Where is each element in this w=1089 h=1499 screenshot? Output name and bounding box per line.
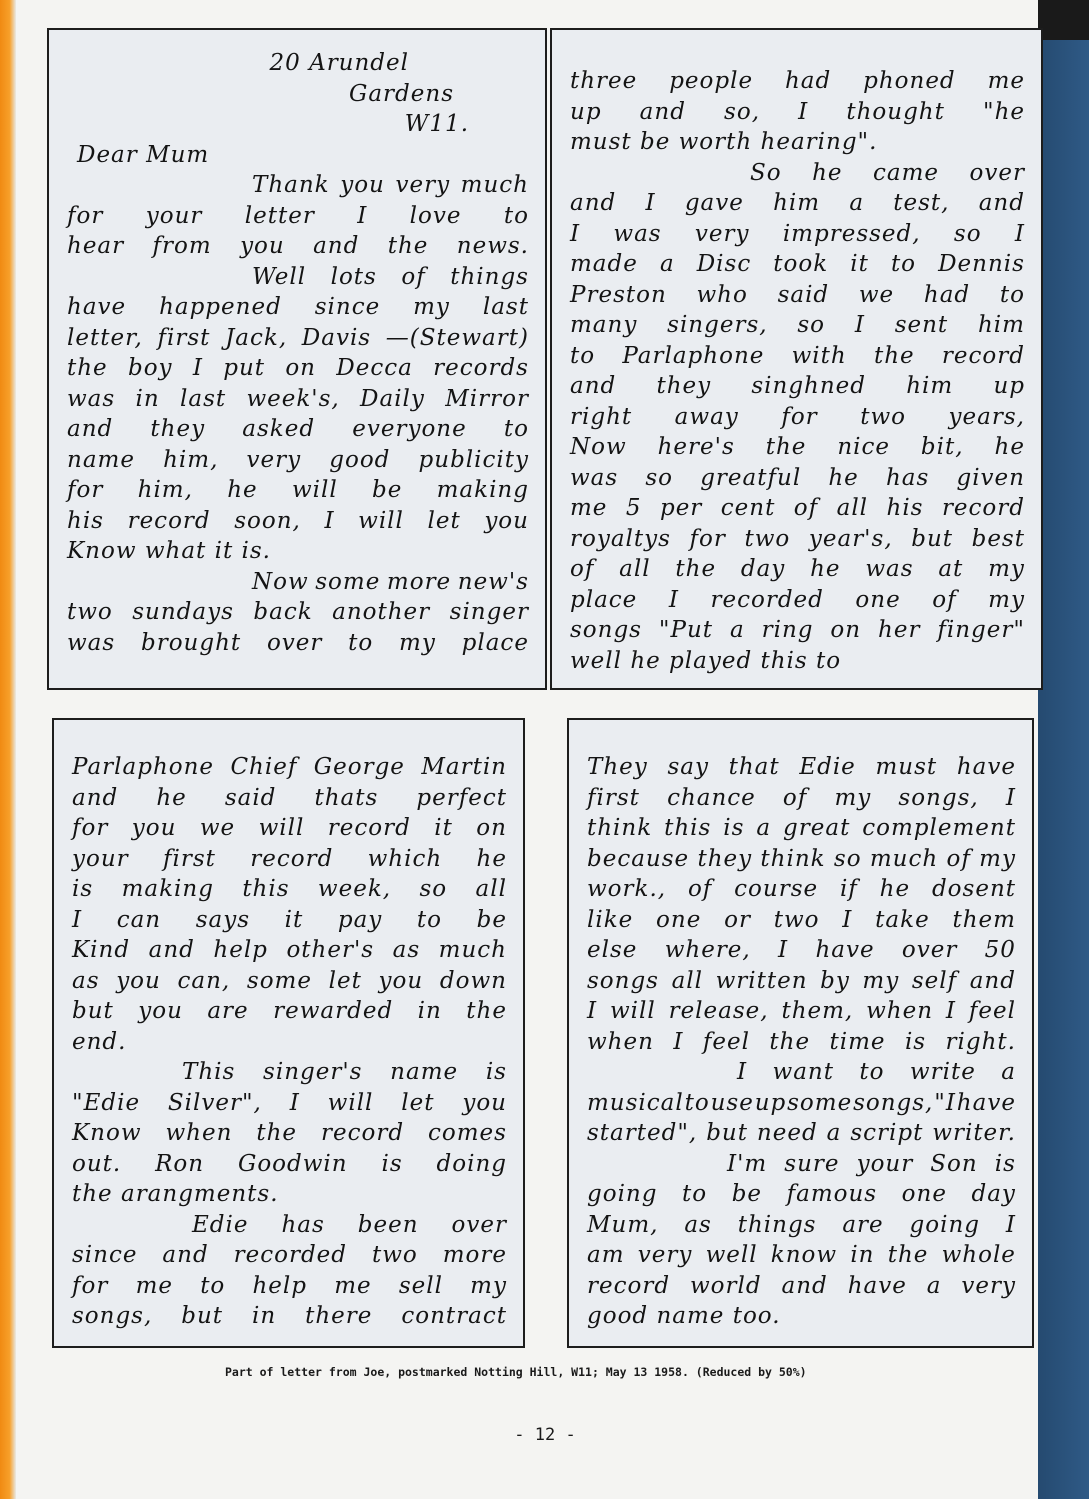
handwritten-word: another: [332, 597, 430, 628]
background-surface: [1038, 40, 1089, 1499]
handwritten-word: to: [504, 201, 529, 232]
handwritten-word: first: [158, 323, 211, 354]
handwritten-word: thats: [314, 783, 378, 814]
handwritten-word: record: [250, 844, 333, 875]
letter-line: Icansaysitpaytobe: [72, 905, 507, 936]
handwritten-word: ring: [762, 615, 814, 646]
handwritten-word: he: [995, 432, 1025, 463]
handwritten-word: put: [223, 353, 265, 384]
handwritten-word: he: [156, 783, 186, 814]
handwritten-word: making: [437, 475, 529, 506]
handwritten-word: name: [67, 445, 135, 476]
handwritten-word: you: [138, 996, 183, 1027]
handwritten-word: two: [372, 1240, 418, 1271]
handwritten-word: Goodwin: [238, 1149, 348, 1180]
handwritten-word: will: [259, 813, 305, 844]
handwritten-word: two: [67, 597, 113, 628]
handwritten-word: Dennis: [938, 249, 1025, 280]
handwritten-word: making: [122, 874, 214, 905]
handwritten-word: singer: [450, 597, 529, 628]
handwritten-word: day: [972, 1179, 1016, 1210]
handwritten-word: for: [67, 475, 103, 506]
handwritten-word: down: [440, 966, 507, 997]
handwritten-word: This: [182, 1057, 235, 1088]
handwritten-word: have: [848, 1271, 907, 1302]
handwritten-word: two: [745, 524, 791, 555]
handwritten-word: people: [669, 66, 753, 97]
handwritten-word: Edie: [192, 1210, 248, 1241]
letter-line: good name too.: [587, 1301, 1016, 1332]
handwritten-word: so: [645, 463, 673, 494]
handwritten-word: two: [860, 402, 906, 433]
handwritten-word: I: [357, 201, 367, 232]
handwritten-word: singhned: [751, 371, 866, 402]
handwritten-word: my: [988, 554, 1025, 585]
letter-line: Prestonwhosaidwehadto: [570, 280, 1025, 311]
handwritten-word: them: [952, 905, 1015, 936]
letter-line: havehappenedsincemylast: [67, 292, 529, 323]
salutation: Dear Mum: [77, 140, 209, 171]
handwritten-word: so: [954, 219, 982, 250]
handwritten-word: have: [67, 292, 126, 323]
handwritten-word: as: [72, 966, 100, 997]
handwritten-word: happened: [159, 292, 282, 323]
handwritten-word: the: [769, 1027, 810, 1058]
handwritten-word: first: [587, 783, 640, 814]
handwritten-word: will: [610, 996, 656, 1027]
handwritten-word: and: [782, 1271, 828, 1302]
handwritten-word: week's,: [246, 384, 339, 415]
handwritten-word: I: [1015, 219, 1025, 250]
handwritten-word: all: [619, 554, 650, 585]
handwritten-word: the: [766, 432, 807, 463]
handwritten-word: over: [267, 628, 322, 659]
handwritten-word: gave: [685, 188, 744, 219]
handwritten-word: up: [755, 1088, 787, 1119]
handwritten-word: two: [774, 905, 820, 936]
handwritten-word: much: [461, 170, 529, 201]
letter-line: songs,butintherecontract: [72, 1301, 507, 1332]
handwritten-word: place: [462, 628, 529, 659]
handwritten-word: year's,: [809, 524, 893, 555]
handwritten-word: letter: [245, 201, 315, 232]
handwritten-word: phoned: [863, 66, 956, 97]
handwritten-word: it: [434, 813, 453, 844]
handwritten-word: a: [1001, 1057, 1016, 1088]
handwritten-word: one: [656, 905, 701, 936]
handwritten-word: hear: [67, 231, 124, 262]
handwritten-word: me: [334, 1271, 371, 1302]
address-line: Gardens: [349, 79, 454, 110]
handwritten-word: him: [773, 188, 820, 219]
handwritten-word: my: [399, 628, 436, 659]
handwritten-word: was: [570, 463, 618, 494]
handwritten-word: me: [988, 66, 1025, 97]
handwritten-word: many: [570, 310, 637, 341]
handwritten-word: to: [417, 905, 442, 936]
handwritten-word: think: [760, 844, 825, 875]
handwritten-word: rewarded: [273, 996, 393, 1027]
handwritten-word: and: [313, 231, 359, 262]
handwritten-word: I: [798, 97, 808, 128]
handwritten-word: things: [738, 1210, 817, 1241]
handwritten-word: came: [873, 158, 939, 189]
handwritten-word: he: [810, 554, 840, 585]
handwritten-word: impressed,: [783, 219, 921, 250]
handwritten-word: I: [570, 219, 580, 250]
letter-line: TheysaythatEdiemusthave: [587, 752, 1016, 783]
handwritten-word: Parlaphone: [72, 752, 214, 783]
handwritten-word: and: [970, 966, 1016, 997]
handwritten-word: you: [484, 506, 529, 537]
handwritten-word: help: [252, 1271, 307, 1302]
handwritten-word: he: [227, 475, 257, 506]
letter-line: threepeoplehadphonedme: [570, 66, 1025, 97]
handwritten-word: more: [387, 567, 451, 598]
handwritten-word: want: [773, 1057, 834, 1088]
handwritten-word: one: [855, 585, 900, 616]
handwritten-word: Decca: [336, 353, 413, 384]
handwritten-word: there: [305, 1301, 372, 1332]
handwritten-word: take: [875, 905, 930, 936]
handwritten-word: who: [697, 280, 748, 311]
letter-line: amverywellknowinthewhole: [587, 1240, 1016, 1271]
handwritten-word: Martin: [421, 752, 507, 783]
handwritten-word: a: [660, 249, 675, 280]
letter-line: Mum,asthingsaregoingI: [587, 1210, 1016, 1241]
handwritten-word: to: [682, 1179, 707, 1210]
handwritten-word: me: [570, 493, 607, 524]
handwritten-word: let: [329, 966, 362, 997]
handwritten-word: have: [815, 935, 874, 966]
handwritten-word: years,: [949, 402, 1025, 433]
handwritten-word: Silver",: [168, 1088, 262, 1119]
handwritten-word: lots: [331, 262, 377, 293]
handwritten-word: greatful: [700, 463, 801, 494]
handwritten-word: Kind: [72, 935, 130, 966]
handwritten-word: singers,: [667, 310, 767, 341]
handwritten-word: record: [587, 1271, 670, 1302]
handwritten-word: Now: [570, 432, 627, 463]
handwritten-word: bit,: [921, 432, 964, 463]
letter-line: songs"Putaringonherfinger": [570, 615, 1025, 646]
handwritten-word: him,: [163, 445, 218, 476]
handwritten-word: sure: [784, 1149, 839, 1180]
letter-line: theboyIputonDeccarecords: [67, 353, 529, 384]
handwritten-word: let: [428, 506, 461, 537]
handwritten-word: over: [902, 935, 957, 966]
handwritten-word: will: [358, 506, 404, 537]
handwritten-word: of: [932, 585, 956, 616]
handwritten-word: my: [979, 844, 1016, 875]
handwritten-word: he: [812, 158, 842, 189]
handwritten-word: will: [328, 1088, 374, 1119]
letter-line: Knowwhentherecordcomes: [72, 1118, 507, 1149]
handwritten-word: you: [116, 966, 161, 997]
handwritten-word: is: [486, 1057, 507, 1088]
handwritten-word: to: [504, 414, 529, 445]
handwritten-word: good: [329, 445, 390, 476]
handwritten-word: the: [888, 1240, 929, 1271]
letter-line: sinceandrecordedtwomore: [72, 1240, 507, 1271]
handwritten-word: Edie: [799, 752, 855, 783]
letter-line: letter,firstJack,Davis—(Stewart): [67, 323, 529, 354]
handwritten-word: was: [613, 219, 661, 250]
handwritten-word: have: [957, 752, 1016, 783]
handwritten-word: has: [886, 463, 929, 494]
letter-line: Iwanttowritea: [587, 1057, 1016, 1088]
handwritten-word: Disc: [697, 249, 751, 280]
handwritten-word: asked: [242, 414, 315, 445]
handwritten-word: we: [859, 280, 894, 311]
handwritten-word: can: [117, 905, 161, 936]
handwritten-word: very: [395, 170, 450, 201]
handwritten-word: to: [891, 249, 916, 280]
address-line: W11.: [405, 109, 469, 140]
letter-line: formetohelpmesellmy: [72, 1271, 507, 1302]
handwritten-word: on: [830, 615, 861, 646]
letter-line: foryourletterIloveto: [67, 201, 529, 232]
handwritten-word: new's: [458, 567, 529, 598]
letter-line: Iwasveryimpressed,soI: [570, 219, 1025, 250]
handwritten-word: the: [256, 1118, 297, 1149]
handwritten-word: per: [660, 493, 702, 524]
letter-line: andhesaidthatsperfect: [72, 783, 507, 814]
handwritten-word: had: [785, 66, 831, 97]
handwritten-word: self: [912, 966, 957, 997]
handwritten-word: his: [67, 506, 104, 537]
address-line: 20 Arundel: [270, 48, 410, 79]
handwritten-word: very: [961, 1271, 1016, 1302]
handwritten-word: are: [842, 1210, 883, 1241]
handwritten-word: famous: [787, 1179, 878, 1210]
handwritten-word: going: [587, 1179, 657, 1210]
handwritten-word: Chief: [230, 752, 297, 783]
handwritten-word: but: [706, 1118, 748, 1149]
handwritten-word: but: [911, 524, 953, 555]
handwritten-word: very: [695, 219, 750, 250]
handwritten-word: me: [136, 1271, 173, 1302]
handwritten-word: given: [956, 463, 1025, 494]
handwritten-word: much: [439, 935, 507, 966]
handwritten-word: him: [906, 371, 953, 402]
handwritten-word: soon,: [234, 506, 301, 537]
handwritten-word: over: [452, 1210, 507, 1241]
handwritten-word: but: [72, 996, 114, 1027]
handwritten-word: I: [673, 1027, 683, 1058]
handwritten-word: place: [570, 585, 637, 616]
handwritten-word: I: [1006, 783, 1016, 814]
handwritten-word: you: [340, 170, 385, 201]
handwritten-word: think: [587, 813, 652, 844]
handwritten-word: week,: [318, 874, 391, 905]
handwritten-word: letter,: [67, 323, 143, 354]
handwritten-word: comes: [428, 1118, 507, 1149]
handwritten-word: things: [450, 262, 529, 293]
handwritten-word: I: [193, 353, 203, 384]
handwritten-word: singer's: [263, 1057, 362, 1088]
handwritten-word: well: [706, 1240, 758, 1271]
handwritten-word: whole: [942, 1240, 1016, 1271]
handwritten-word: I: [290, 1088, 300, 1119]
handwritten-word: be: [732, 1179, 762, 1210]
handwritten-word: last: [483, 292, 529, 323]
handwritten-word: you: [379, 966, 424, 997]
handwritten-word: to: [1000, 280, 1025, 311]
handwritten-word: your: [72, 844, 129, 875]
handwritten-word: said: [225, 783, 277, 814]
handwritten-word: have: [957, 1088, 1016, 1119]
handwritten-word: in: [418, 996, 442, 1027]
letter-line: wasbroughtovertomyplace: [67, 628, 529, 659]
handwritten-word: be: [477, 905, 507, 936]
handwritten-word: feel: [969, 996, 1016, 1027]
handwritten-word: perfect: [416, 783, 507, 814]
handwritten-word: over: [970, 158, 1025, 189]
handwritten-word: some: [247, 966, 312, 997]
handwritten-word: "I: [934, 1088, 956, 1119]
handwritten-word: songs: [570, 615, 642, 646]
handwritten-word: songs,: [853, 1088, 933, 1119]
handwritten-word: record: [128, 506, 211, 537]
letter-line: must be worth hearing".: [570, 127, 1025, 158]
letter-line: asyoucan,someletyoudown: [72, 966, 507, 997]
letter-line: Kindandhelpother'sasmuch: [72, 935, 507, 966]
handwritten-word: for: [72, 1271, 108, 1302]
letter-line: becausetheythinksomuchofmy: [587, 844, 1016, 875]
handwritten-word: feel: [703, 1027, 750, 1058]
handwritten-word: Jack,: [225, 323, 287, 354]
handwritten-word: with: [792, 341, 847, 372]
handwritten-word: going: [910, 1210, 980, 1241]
handwritten-word: more: [443, 1240, 507, 1271]
handwritten-word: and: [162, 1240, 208, 1271]
handwritten-word: I: [587, 996, 597, 1027]
handwritten-word: and: [640, 97, 686, 128]
handwritten-word: my: [470, 1271, 507, 1302]
handwritten-word: of: [783, 783, 807, 814]
handwritten-word: to: [570, 341, 595, 372]
handwritten-word: in: [136, 384, 160, 415]
letter-line: goingtobefamousoneday: [587, 1179, 1016, 1210]
handwritten-word: where,: [665, 935, 751, 966]
handwritten-word: of: [401, 262, 425, 293]
handwritten-word: they: [656, 371, 711, 402]
handwritten-word: up: [993, 371, 1025, 402]
letter-line: Nowhere'sthenicebit,he: [570, 432, 1025, 463]
letter-line: songsallwrittenbymyselfand: [587, 966, 1016, 997]
handwritten-word: started",: [587, 1118, 697, 1149]
handwritten-word: Ron: [155, 1149, 204, 1180]
letter-line: Nowsomemorenew's: [67, 567, 529, 598]
letter-line: wasinlastweek's,DailyMirror: [67, 384, 529, 415]
handwritten-word: course: [734, 874, 818, 905]
handwritten-word: first: [163, 844, 216, 875]
handwritten-word: very: [247, 445, 302, 476]
handwritten-word: right.: [946, 1027, 1016, 1058]
handwritten-word: the: [874, 341, 915, 372]
letter-line: Ediehasbeenover: [72, 1210, 507, 1241]
handwritten-word: I: [324, 506, 334, 537]
handwritten-word: of: [688, 874, 712, 905]
handwritten-word: this: [664, 813, 711, 844]
handwritten-word: been: [358, 1210, 419, 1241]
handwritten-word: of: [946, 844, 970, 875]
handwritten-word: they: [150, 414, 205, 445]
handwritten-word: need: [757, 1118, 818, 1149]
handwritten-word: a: [849, 188, 864, 219]
handwritten-word: contract: [401, 1301, 507, 1332]
handwritten-word: say: [667, 752, 709, 783]
handwritten-word: as: [684, 1210, 712, 1241]
letter-line: hearfromyouandthenews.: [67, 231, 529, 262]
letter-line: hisrecordsoon,Iwillletyou: [67, 506, 529, 537]
handwritten-word: or: [724, 905, 751, 936]
handwritten-word: last: [180, 384, 226, 415]
handwritten-word: has: [281, 1210, 324, 1241]
handwritten-word: I: [645, 188, 655, 219]
handwritten-word: a: [756, 813, 771, 844]
handwritten-word: is: [995, 1149, 1016, 1180]
letter-line: twosundaysbackanothersinger: [67, 597, 529, 628]
handwritten-word: songs,: [898, 783, 978, 814]
handwritten-word: love: [410, 201, 462, 232]
handwritten-word: a: [730, 615, 745, 646]
handwritten-word: I'm: [727, 1149, 767, 1180]
handwritten-word: "he: [983, 97, 1025, 128]
handwritten-word: three: [570, 66, 637, 97]
letter-line: manysingers,soIsenthim: [570, 310, 1025, 341]
handwritten-word: he: [828, 463, 858, 494]
handwritten-word: "Edie: [72, 1088, 140, 1119]
handwritten-word: Well: [252, 262, 306, 293]
handwritten-word: So: [750, 158, 782, 189]
handwritten-word: Daily: [360, 384, 425, 415]
handwritten-word: I: [737, 1057, 747, 1088]
letter-line: Thissinger'snameis: [72, 1057, 507, 1088]
handwritten-word: be: [372, 475, 402, 506]
handwritten-word: at: [938, 554, 963, 585]
handwritten-word: is: [72, 874, 93, 905]
handwritten-word: record: [328, 813, 411, 844]
handwritten-word: Davis: [302, 323, 371, 354]
handwritten-word: when: [165, 1118, 232, 1149]
figure-caption: Part of letter from Joe, postmarked Nott…: [225, 1365, 865, 1379]
handwritten-word: the: [675, 554, 716, 585]
handwritten-word: is: [905, 1027, 926, 1058]
handwritten-word: said: [778, 280, 830, 311]
handwritten-word: is: [723, 813, 744, 844]
handwritten-word: record: [942, 341, 1025, 372]
handwritten-word: here's: [658, 432, 735, 463]
handwritten-word: like: [587, 905, 633, 936]
handwritten-word: 5: [626, 493, 642, 524]
letter-line: likeoneortwoItakethem: [587, 905, 1016, 936]
letter-line: the arangments.: [72, 1179, 507, 1210]
handwritten-word: and: [149, 935, 195, 966]
handwritten-word: in: [252, 1301, 276, 1332]
handwritten-word: and: [570, 371, 616, 402]
handwritten-word: was: [67, 628, 115, 659]
handwritten-word: best: [972, 524, 1025, 555]
handwritten-word: writer.: [932, 1118, 1016, 1149]
letter-line: me5percentofallhisrecord: [570, 493, 1025, 524]
handwritten-word: script: [850, 1118, 923, 1149]
handwritten-word: the: [388, 231, 429, 262]
letter-panel-4: TheysaythatEdiemusthave firstchanceofmys…: [567, 718, 1034, 1348]
handwritten-word: publicity: [419, 445, 529, 476]
handwritten-word: of: [794, 493, 818, 524]
